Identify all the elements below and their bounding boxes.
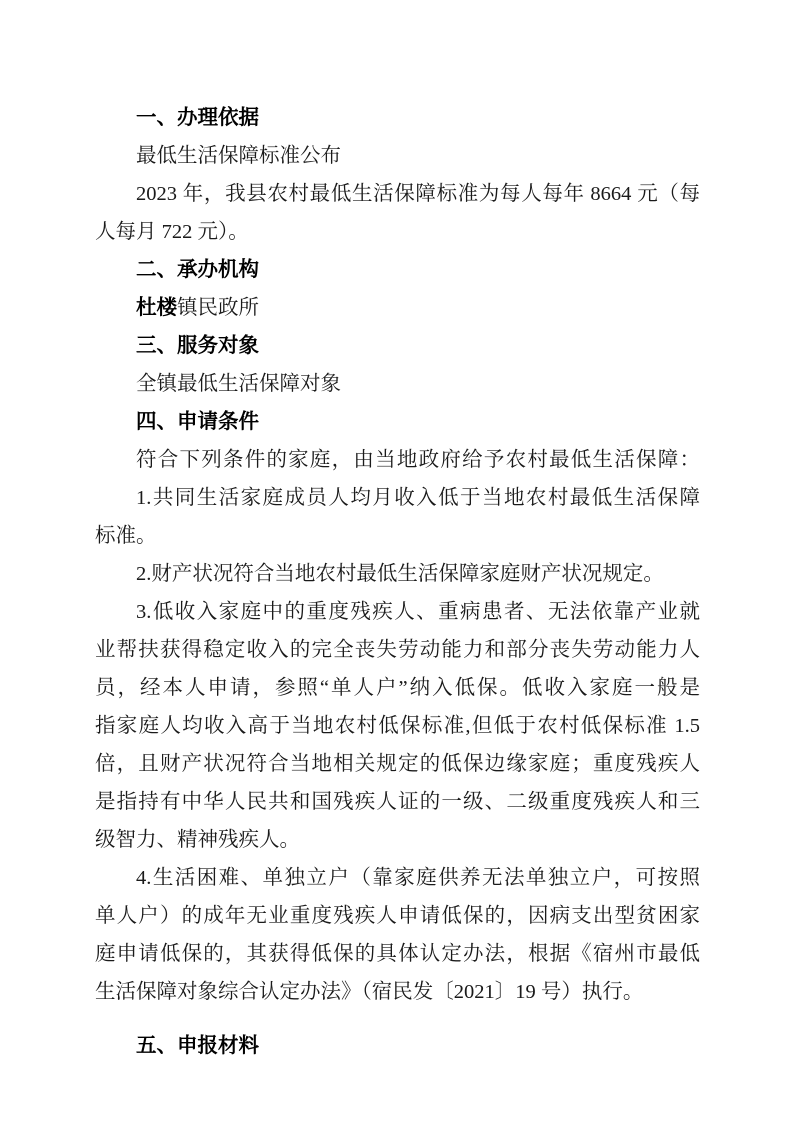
section-heading-1: 一、办理依据 xyxy=(95,99,700,137)
section-heading-4: 四、申请条件 xyxy=(95,403,700,441)
doc-line: 倍，且财产状况符合当地相关规定的低保边缘家庭；重度残疾人 xyxy=(95,745,700,783)
doc-line: 最低生活保障标准公布 xyxy=(95,137,700,175)
section-heading-5: 五、申报材料 xyxy=(95,1027,700,1065)
doc-line: 指家庭人均收入高于当地农村低保标准,但低于农村低保标准 1.5 xyxy=(95,707,700,745)
doc-line: 庭申请低保的，其获得低保的具体认定办法，根据《宿州市最低 xyxy=(95,935,700,973)
doc-line: 员，经本人申请，参照“单人户”纳入低保。低收入家庭一般是 xyxy=(95,669,700,707)
doc-line: 人每月 722 元）。 xyxy=(95,213,700,251)
section-heading-3: 三、服务对象 xyxy=(95,327,700,365)
doc-line: 生活保障对象综合认定办法》（宿民发〔2021〕19 号）执行。 xyxy=(95,973,700,1011)
doc-line: 2023 年，我县农村最低生活保障标准为每人每年 8664 元（每 xyxy=(95,175,700,213)
doc-line: 3.低收入家庭中的重度残疾人、重病患者、无法依靠产业就 xyxy=(95,593,700,631)
agency-name-rest: 镇民政所 xyxy=(177,297,259,319)
doc-line: 单人户）的成年无业重度残疾人申请低保的，因病支出型贫困家 xyxy=(95,897,700,935)
doc-line: 标准。 xyxy=(95,517,700,555)
doc-line: 符合下列条件的家庭，由当地政府给予农村最低生活保障： xyxy=(95,441,700,479)
doc-line: 2.财产状况符合当地农村最低生活保障家庭财产状况规定。 xyxy=(95,555,700,593)
doc-line: 4.生活困难、单独立户（靠家庭供养无法单独立户，可按照 xyxy=(95,859,700,897)
doc-line: 业帮扶获得稳定收入的完全丧失劳动能力和部分丧失劳动能力人 xyxy=(95,631,700,669)
section-heading-2: 二、承办机构 xyxy=(95,251,700,289)
doc-line: 1.共同生活家庭成员人均月收入低于当地农村最低生活保障 xyxy=(95,479,700,517)
doc-line: 级智力、精神残疾人。 xyxy=(95,821,700,859)
doc-line-agency: 杜楼镇民政所 xyxy=(95,289,700,327)
document-page: 一、办理依据 最低生活保障标准公布 2023 年，我县农村最低生活保障标准为每人… xyxy=(0,0,793,1122)
doc-line: 是指持有中华人民共和国残疾人证的一级、二级重度残疾人和三 xyxy=(95,783,700,821)
doc-line: 全镇最低生活保障对象 xyxy=(95,365,700,403)
agency-name-bold: 杜楼 xyxy=(136,296,177,319)
